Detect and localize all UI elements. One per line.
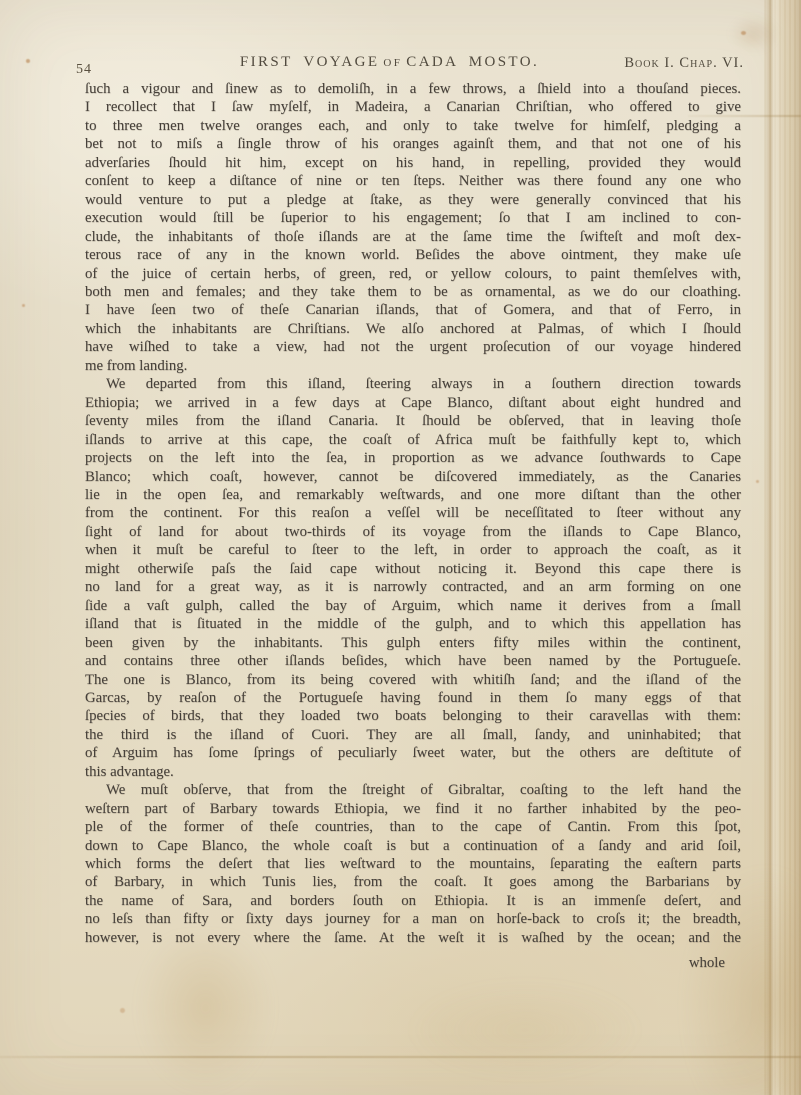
catchword: whole: [85, 955, 725, 972]
running-title-text: FIRST VOYAGE: [240, 54, 380, 70]
text-line: I have ſeen two of theſe Canarian iſland…: [85, 301, 741, 319]
foxing-speck: [741, 31, 746, 35]
text-line: Garcas, by reaſon of the Portugueſe havi…: [85, 689, 741, 707]
text-line: clude, the inhabitants of thoſe iſlands …: [85, 228, 741, 246]
text-line: iſland that is ſituated in the middle of…: [85, 615, 741, 633]
text-line: iſlands to arrive at this cape, the coaſ…: [85, 431, 741, 449]
text-line: of the juice of certain herbs, of green,…: [85, 265, 741, 283]
text-line: Ethiopia; we arrived in a few days at Ca…: [85, 394, 741, 412]
text-line: of Barbary, in which Tunis lies, from th…: [85, 873, 741, 891]
text-line: of Arguim has ſome ſprings of peculiarly…: [85, 744, 741, 762]
text-line: ple of the former of theſe countries, th…: [85, 818, 741, 836]
text-line: been given by the inhabitants. This gulp…: [85, 634, 741, 652]
text-line: and contains three other iſlands beſides…: [85, 652, 741, 670]
text-line: which forms the deſert that lies weſtwar…: [85, 855, 741, 873]
text-line: adverſaries ſhould hit him, except on hi…: [85, 154, 741, 172]
text-line: down to Cape Blanco, the whole coaſt is …: [85, 837, 741, 855]
text-line: ſight of land for about two-thirds of it…: [85, 523, 741, 541]
text-line: the name of Sara, and borders ſouth on E…: [85, 892, 741, 910]
text-line: ſpecies of birds, that they loaded two b…: [85, 707, 741, 725]
text-line: projects on the left into the ſea, in pr…: [85, 449, 741, 467]
text-line: no land for a great way, as it is narrow…: [85, 578, 741, 596]
running-title-text: CADA MOSTO.: [406, 54, 539, 70]
chapter-reference: Book I. Chap. VI.: [624, 55, 744, 72]
text-line: We departed from this iſland, ſteering a…: [85, 375, 741, 393]
text-line: from the continent. For this reaſon a ve…: [85, 504, 741, 522]
text-block: ſuch a vigour and ſinew as to demoliſh, …: [85, 80, 741, 947]
text-line: execution would ſtill be ſuperior to his…: [85, 209, 741, 227]
paper-stain: [410, 985, 640, 1075]
paper-crease: [0, 1056, 801, 1058]
text-line: however, is not every where the ſame. At…: [85, 929, 741, 947]
text-line: The one is Blanco, from its being covere…: [85, 671, 741, 689]
text-line: would venture to put a pledge at ſtake, …: [85, 191, 741, 209]
text-line: no leſs than fifty or ſixty days journey…: [85, 910, 741, 928]
text-line: me from landing.: [85, 357, 741, 375]
text-line: bet not to miſs a ſingle throw of his or…: [85, 135, 741, 153]
text-line: have wiſhed to take a view, had not the …: [85, 338, 741, 356]
text-line: ſuch a vigour and ſinew as to demoliſh, …: [85, 80, 741, 98]
text-line: this advantage.: [85, 763, 741, 781]
text-line: weſtern part of Barbary towards Ethiopia…: [85, 800, 741, 818]
foxing-speck: [22, 304, 25, 307]
text-line: We muſt obſerve, that from the ſtreight …: [85, 781, 741, 799]
text-line: might otherwiſe paſs the ſaid cape witho…: [85, 560, 741, 578]
text-line: both men and females; and they take them…: [85, 283, 741, 301]
foxing-speck: [120, 1008, 125, 1013]
text-line: lie in the open ſea, and remarkably weſt…: [85, 486, 741, 504]
text-line: when it muſt be careful to ſteer to the …: [85, 541, 741, 559]
page-fore-edge: [764, 0, 801, 1095]
text-line: which the inhabitants are Chriſtians. We…: [85, 320, 741, 338]
text-line: conſent to keep a diſtance of nine or te…: [85, 172, 741, 190]
paper-stain: [730, 16, 778, 52]
text-line: I recollect that I ſaw myſelf, in Madeir…: [85, 98, 741, 116]
running-title-of: of: [383, 54, 402, 70]
text-line: the third is the iſland of Cuori. They a…: [85, 726, 741, 744]
book-page: 54 FIRST VOYAGEofCADA MOSTO. Book I. Cha…: [0, 0, 801, 1095]
text-line: ſide a vaſt gulph, called the bay of Arg…: [85, 597, 741, 615]
text-line: Blanco; which coaſt, however, cannot be …: [85, 468, 741, 486]
foxing-speck: [756, 480, 759, 483]
text-line: to three men twelve oranges each, and on…: [85, 117, 741, 135]
text-line: ſeventy miles from the iſland Canaria. I…: [85, 412, 741, 430]
text-line: terous race of any in the known world. B…: [85, 246, 741, 264]
